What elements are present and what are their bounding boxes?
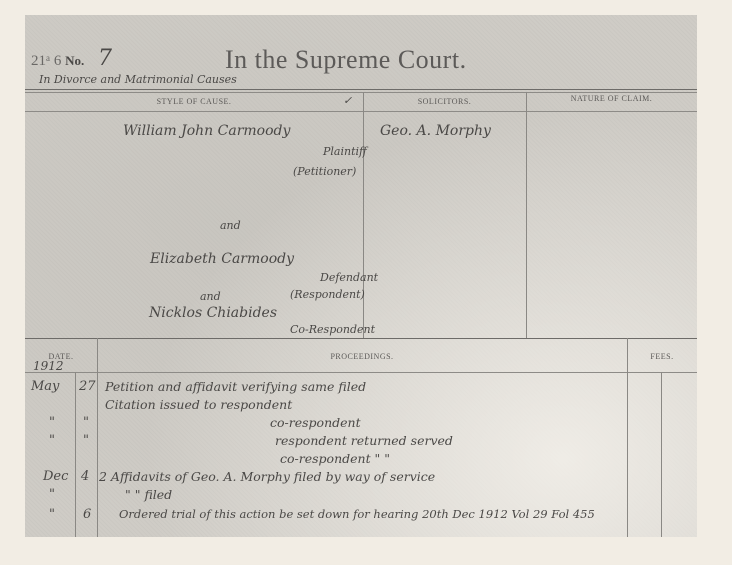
defendant-role: Defendant: [320, 271, 378, 284]
entry-month: Dec: [43, 469, 68, 484]
court-record-form: 21ᵃ 6 No. 7 In the Supreme Court. In Div…: [25, 15, 697, 537]
conjunction-and-1: and: [220, 219, 241, 232]
column-divider-day: [75, 372, 76, 537]
header-nature-of-claim: NATURE OF CLAIM.: [526, 94, 697, 103]
header-fees: FEES.: [627, 352, 697, 361]
entry-month: ": [49, 487, 55, 502]
conjunction-and-2: and: [200, 290, 221, 303]
court-title: In the Supreme Court.: [225, 45, 467, 75]
entry-day: ": [83, 415, 89, 430]
court-subtitle: In Divorce and Matrimonial Causes: [39, 73, 237, 86]
form-number: 21ᵃ 6 No. 7: [31, 46, 112, 71]
header-style-of-cause: STYLE OF CAUSE.: [25, 97, 363, 106]
column-divider-fees: [627, 338, 628, 537]
check-mark: ✓: [343, 94, 352, 107]
entry-day: 27: [79, 379, 96, 394]
entry-text: 2 Affidavits of Geo. A. Morphy filed by …: [99, 469, 435, 484]
column-divider-solicitors: [363, 92, 364, 338]
entry-month: ": [49, 415, 55, 430]
plaintiff-name: William John Carmoody: [123, 123, 290, 139]
column-divider-nature: [526, 92, 527, 338]
entry-text: co-respondent: [270, 415, 361, 430]
form-number-prefix: 21ᵃ 6: [31, 53, 61, 69]
nature-of-claim-value: [535, 123, 685, 323]
header-proceedings: PROCEEDINGS.: [97, 352, 627, 361]
top-rule-inner: [25, 92, 697, 93]
section-rule: [25, 338, 697, 339]
entry-month: May: [31, 379, 59, 394]
entry-day: 6: [83, 507, 91, 522]
solicitor-name: Geo. A. Morphy: [380, 123, 491, 139]
entry-day: 4: [81, 469, 89, 484]
entry-month: ": [49, 433, 55, 448]
column-divider-cents: [661, 372, 662, 537]
form-number-value: 7: [98, 46, 112, 71]
entry-text: Ordered trial of this action be set down…: [119, 507, 595, 521]
co-respondent-name: Nicklos Chiabides: [149, 305, 277, 321]
plaintiff-role: Plaintiff: [323, 145, 367, 158]
defendant-name: Elizabeth Carmoody: [150, 251, 294, 267]
entry-month: ": [49, 507, 55, 522]
entry-text: " " filed: [125, 487, 172, 502]
header-solicitors: SOLICITORS.: [363, 97, 526, 106]
entry-day: ": [83, 433, 89, 448]
defendant-role-alt: (Respondent): [290, 288, 365, 301]
plaintiff-role-alt: (Petitioner): [293, 165, 356, 178]
entry-text: Petition and affidavit verifying same fi…: [105, 379, 366, 394]
form-number-label: No.: [65, 53, 84, 68]
header-rule: [25, 111, 697, 112]
column-divider-proceedings: [97, 338, 98, 537]
entry-text: respondent returned served: [275, 433, 453, 448]
entry-text: co-respondent " ": [280, 451, 390, 466]
lower-header-rule: [25, 372, 697, 373]
entry-text: Citation issued to respondent: [105, 397, 292, 412]
top-rule: [25, 89, 697, 90]
proceedings-year: 1912: [33, 359, 64, 373]
co-respondent-role: Co-Respondent: [290, 323, 375, 336]
